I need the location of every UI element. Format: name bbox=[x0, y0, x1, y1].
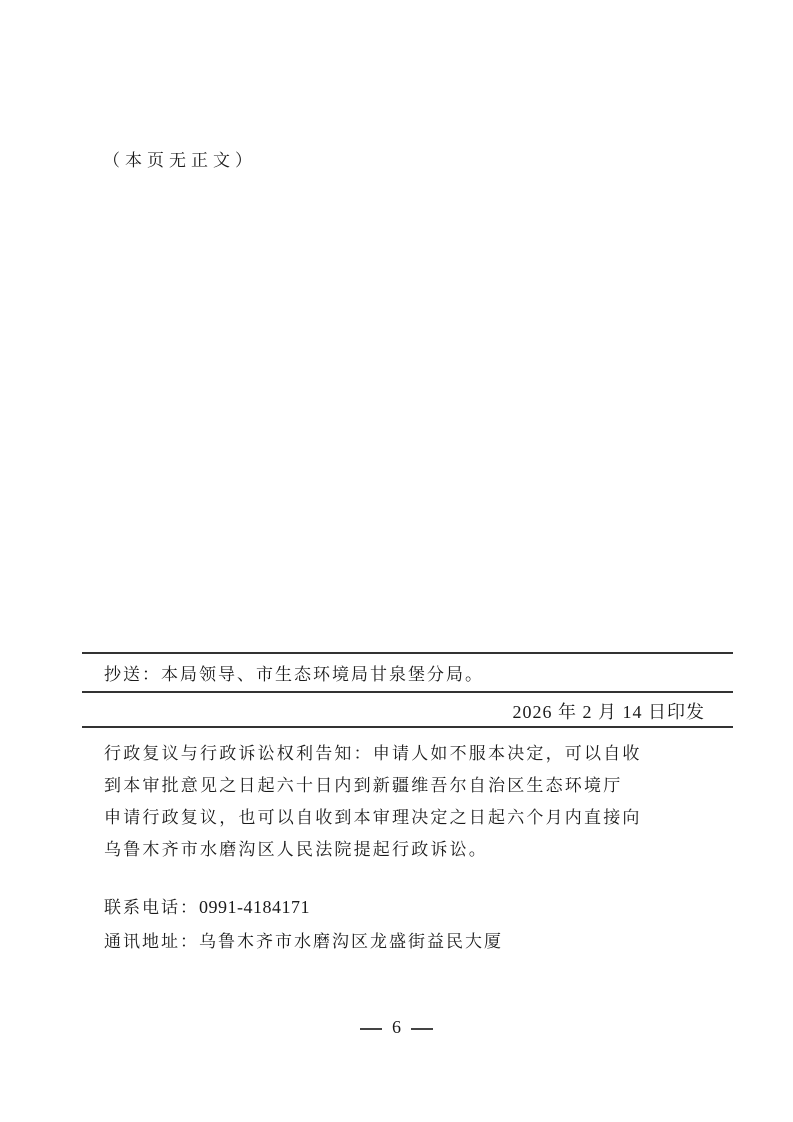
page-number-value: 6 bbox=[392, 1017, 401, 1037]
divider-middle bbox=[82, 691, 733, 693]
dash-right bbox=[411, 1028, 433, 1030]
appeal-rights-notice: 行政复议与行政诉讼权利告知：申请人如不服本决定，可以自收 到本审批意见之日起六十… bbox=[104, 738, 744, 866]
address-label: 通讯地址： bbox=[104, 932, 199, 952]
divider-bottom bbox=[82, 726, 733, 728]
notice-line: 乌鲁木齐市水磨沟区人民法院提起行政诉讼。 bbox=[104, 834, 744, 866]
notice-line: 到本审批意见之日起六十日内到新疆维吾尔自治区生态环境厅 bbox=[104, 770, 744, 802]
print-date: 2026 年 2 月 14 日印发 bbox=[513, 698, 706, 724]
contact-info: 联系电话：0991-4184171 通讯地址：乌鲁木齐市水磨沟区龙盛街益民大厦 bbox=[104, 890, 503, 959]
page-number: 6 bbox=[0, 1017, 793, 1038]
cc-label: 抄送： bbox=[104, 665, 161, 685]
dash-left bbox=[360, 1028, 382, 1030]
phone-line: 联系电话：0991-4184171 bbox=[104, 890, 503, 925]
address-line: 通讯地址：乌鲁木齐市水磨沟区龙盛街益民大厦 bbox=[104, 925, 503, 959]
phone-value: 0991-4184171 bbox=[199, 897, 310, 917]
notice-line: 申请行政复议，也可以自收到本审理决定之日起六个月内直接向 bbox=[104, 802, 744, 834]
phone-label: 联系电话： bbox=[104, 898, 199, 918]
address-value: 乌鲁木齐市水磨沟区龙盛街益民大厦 bbox=[199, 932, 503, 952]
cc-recipients: 本局领导、市生态环境局甘泉堡分局。 bbox=[161, 665, 484, 685]
notice-line: 行政复议与行政诉讼权利告知：申请人如不服本决定，可以自收 bbox=[104, 738, 744, 770]
no-body-note: （本页无正文） bbox=[103, 146, 257, 171]
divider-top bbox=[82, 652, 733, 654]
cc-line: 抄送：本局领导、市生态环境局甘泉堡分局。 bbox=[104, 660, 484, 685]
